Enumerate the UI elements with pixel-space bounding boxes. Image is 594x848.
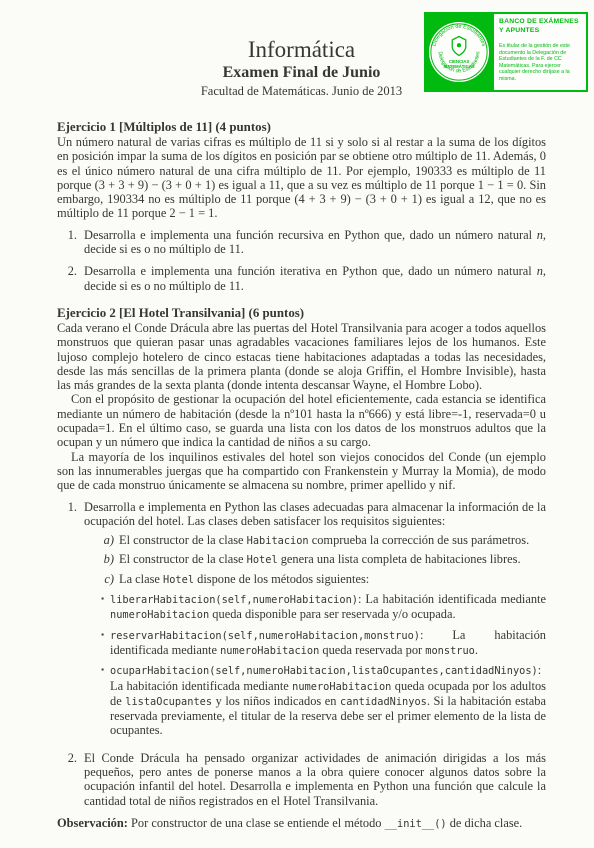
list-item: 1. Desarrolla e implementa una función r… [57, 228, 546, 257]
item-text: ocuparHabitacion(self,numeroHabitacion,l… [110, 663, 546, 737]
observation-note: Observación: Por constructor de una clas… [57, 816, 546, 831]
item-marker: 2. [57, 751, 77, 808]
item-text: El Conde Drácula ha pensado organizar ac… [84, 751, 546, 808]
exam-subtitle: Examen Final de Junio [57, 63, 546, 83]
list-item: 1. Desarrolla e implementa en Python las… [57, 500, 546, 743]
item-text: reservarHabitacion(self,numeroHabitacion… [110, 628, 546, 659]
item-text: Desarrolla e implementa una función iter… [84, 264, 546, 293]
bullet-marker: ▪ [95, 663, 104, 737]
exercise2-list: 1. Desarrolla e implementa en Python las… [57, 500, 546, 808]
item-marker: b) [100, 552, 114, 567]
item-text: liberarHabitacion(self,numeroHabitacion)… [110, 592, 546, 623]
bullet-item: ▪ ocuparHabitacion(self,numeroHabitacion… [84, 663, 546, 737]
item-marker: c) [100, 572, 114, 587]
bullet-marker: ▪ [95, 592, 104, 623]
bullet-item: ▪ liberarHabitacion(self,numeroHabitacio… [84, 592, 546, 623]
page-title: Informática [57, 36, 546, 63]
document-header: Informática Examen Final de Junio Facult… [57, 0, 546, 99]
item-marker: 1. [57, 228, 77, 257]
list-item: 2. Desarrolla e implementa una función i… [57, 264, 546, 293]
item-text: El constructor de la clase Hotel genera … [119, 552, 546, 567]
item-text: El constructor de la clase Habitacion co… [119, 533, 546, 548]
item-marker: 2. [57, 264, 77, 293]
item-text: Desarrolla e implementa una función recu… [84, 228, 546, 257]
exercise1-list: 1. Desarrolla e implementa una función r… [57, 228, 546, 293]
bullet-item: ▪ reservarHabitacion(self,numeroHabitaci… [84, 628, 546, 659]
exercise2-paragraph2: Con el propósito de gestionar la ocupaci… [57, 392, 546, 449]
item-text: La clase Hotel dispone de los métodos si… [119, 572, 546, 587]
sublist-item: b) El constructor de la clase Hotel gene… [84, 552, 546, 567]
item1-lead: Desarrolla e implementa en Python las cl… [84, 500, 546, 528]
faculty-line: Facultad de Matemáticas. Junio de 2013 [57, 83, 546, 99]
exercise2-paragraph1: Cada verano el Conde Drácula abre las pu… [57, 321, 546, 392]
exam-page: Delegación de Estudiantes Delegación de … [0, 0, 594, 848]
methods-bullet-list: ▪ liberarHabitacion(self,numeroHabitacio… [84, 592, 546, 738]
requirements-sublist: a) El constructor de la clase Habitacion… [84, 533, 546, 587]
exercise1-heading: Ejercicio 1 [Múltiplos de 11] (4 puntos) [57, 120, 546, 135]
exercise1-intro: Un número natural de varias cifras es mú… [57, 135, 546, 221]
sublist-item: c) La clase Hotel dispone de los métodos… [84, 572, 546, 587]
sublist-item: a) El constructor de la clase Habitacion… [84, 533, 546, 548]
item-marker: 1. [57, 500, 77, 743]
list-item: 2. El Conde Drácula ha pensado organizar… [57, 751, 546, 808]
exercise2-paragraph3: La mayoría de los inquilinos estivales d… [57, 450, 546, 493]
bullet-marker: ▪ [95, 628, 104, 659]
item-marker: a) [100, 533, 114, 548]
document-content: Informática Examen Final de Junio Facult… [57, 0, 546, 831]
exercise2-heading: Ejercicio 2 [El Hotel Transilvania] (6 p… [57, 306, 546, 321]
item-text: Desarrolla e implementa en Python las cl… [84, 500, 546, 743]
